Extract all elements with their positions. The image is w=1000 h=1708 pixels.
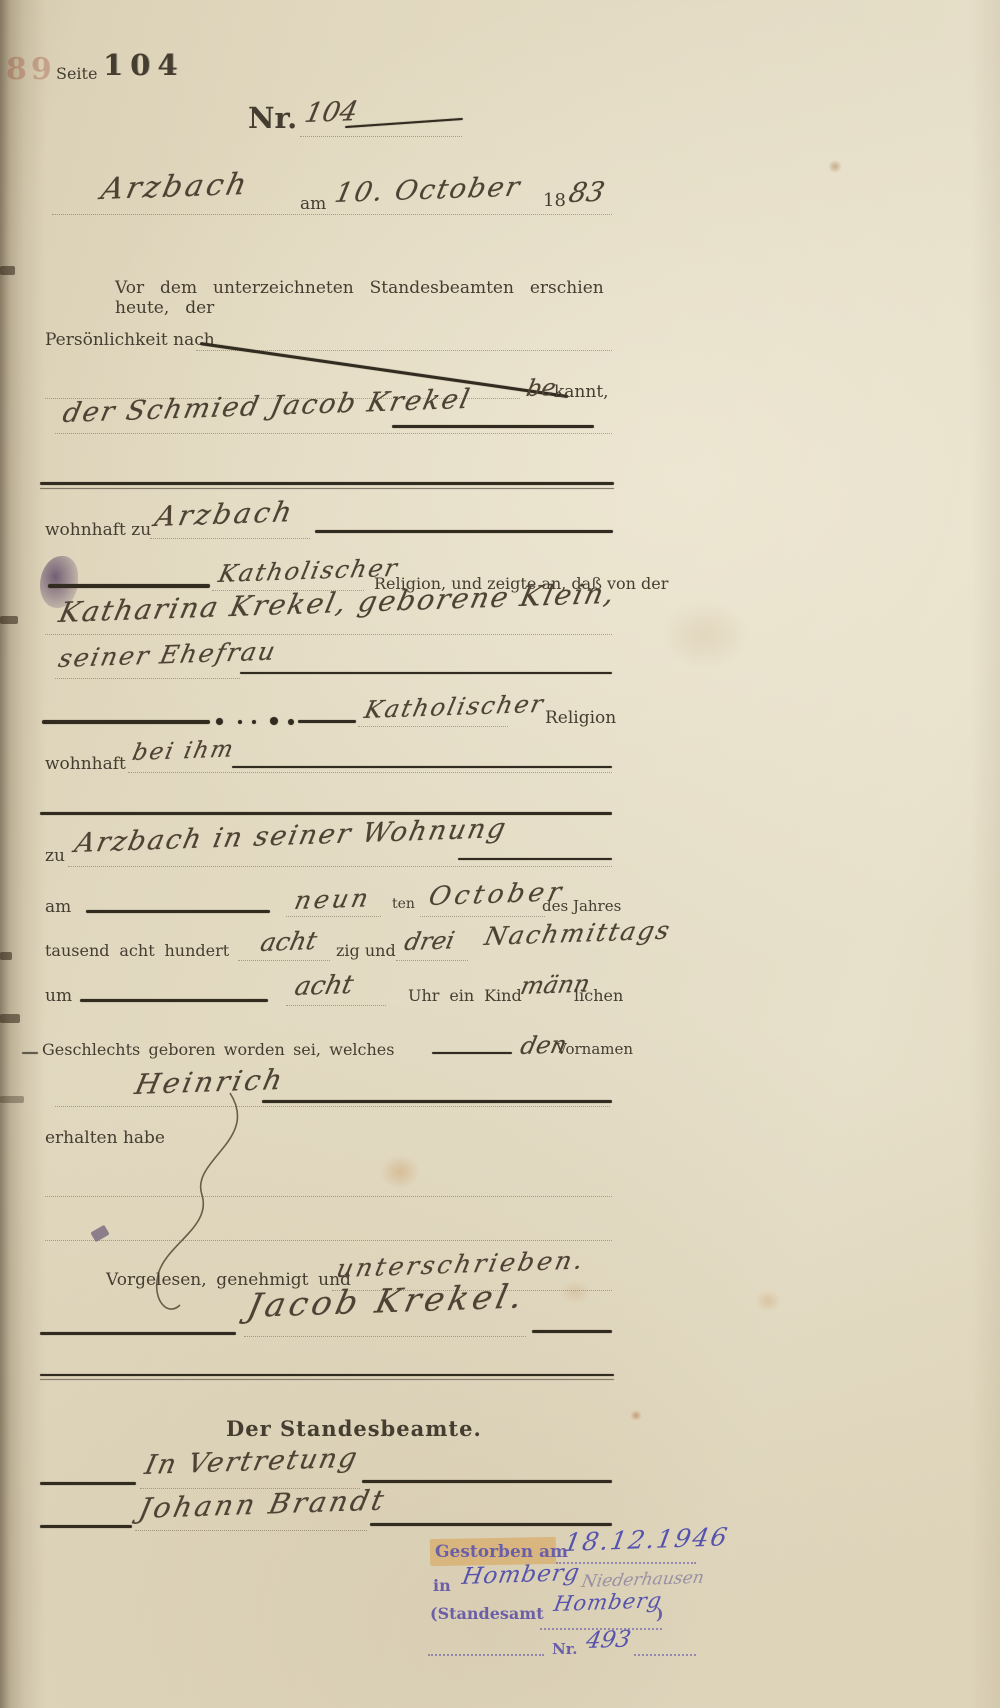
residence-value: Arzbach [152,495,298,533]
binding-mark [0,1096,24,1103]
in-stamp-label: in [433,1576,451,1595]
zu-label: zu [45,846,65,866]
declarant-name: der Schmied Jacob Krekel [60,384,474,429]
record-number-label: Nr. [248,101,297,135]
dateline-place: Arzbach [98,167,253,207]
official-signature: Johann Brandt [136,1483,390,1525]
vornamen-label: Vornamen [556,1040,633,1058]
stamp-dotted-rule [634,1654,696,1656]
dotted-rule [52,214,612,215]
dotted-rule [238,960,330,961]
uhr-ein-kind-label: Uhr ein Kind [408,986,522,1005]
dotted-rule [420,916,545,917]
ink-fill-line [232,766,612,768]
dateline-year-written: 83 [566,177,607,209]
ink-dot [288,719,294,725]
registry-document-page: 89 Seite 104 Nr. 104 Arzbach am 10. Octo… [0,0,1000,1708]
ink-fill-line [458,858,612,860]
paper-stain [560,1280,590,1304]
stamp-nr-label: Nr. [552,1640,577,1658]
vertretung-note: In Vertretung [142,1443,362,1481]
wohnhaft-label: wohnhaft [45,754,126,774]
standesamt-close-paren: ) [656,1604,664,1623]
am-label: am [45,897,71,917]
religion2-value: Katholischer [362,690,547,724]
ink-fill-line [240,672,612,674]
binding-mark [0,616,18,624]
ink-blank-line [40,1332,236,1335]
ink-blank-line [86,910,270,913]
standesbeamte-heading: Der Standesbeamte. [226,1416,482,1441]
hour-value: acht [292,970,356,1002]
dotted-rule [396,960,468,961]
dateline-am-label: am [300,194,326,214]
ink-fill-line [262,1100,612,1103]
dotted-rule [150,538,310,539]
lichen-label: lichen [574,986,623,1005]
persoenlichkeit-label: Persönlichkeit nach [45,330,215,350]
paper-stain [828,160,842,173]
dotted-rule [286,916,381,917]
margin-mark [22,1052,38,1054]
ink-dot [252,720,256,724]
dotted-rule [358,726,508,727]
ink-fill-line [370,1523,612,1526]
standesamt-place-value: Homberg [552,1588,664,1616]
death-place-value: Homberg [460,1560,582,1590]
ink-fill-line [48,584,210,588]
ink-blank-line [40,1482,136,1485]
year-unit-value: drei [402,926,457,956]
standesamt-stamp-label: (Standesamt [430,1604,544,1623]
birth-day-value: neun [292,883,374,915]
birthplace-value: Arzbach in seiner Wohnung [72,813,510,859]
dotted-rule [55,433,612,434]
ten-suffix-label: ten [392,896,415,912]
wohnhaft-zu-label: wohnhaft zu [45,520,151,540]
dateline-year-printed: 18 [543,190,566,211]
year-decade-value: acht [258,926,320,957]
ink-rule [40,1379,614,1380]
binding-mark [0,266,15,275]
ink-fill-line [315,530,613,533]
paper-stain [660,600,750,670]
paper-stain [630,1410,642,1421]
bleed-through-number: 89 [6,52,56,87]
dotted-rule [244,1336,526,1337]
ink-cancel-rule [40,812,612,815]
paper-stain [755,1290,781,1312]
page-number: 104 [103,48,185,82]
seite-label: Seite [56,64,97,83]
dotted-rule [286,1005,386,1006]
stamp-dotted-rule [428,1654,544,1656]
ink-cancel-rule [40,488,614,489]
ink-cancel-rule [40,482,614,485]
des-jahres-label: des Jahres [542,897,621,915]
binding-mark [0,952,12,960]
unterschrieben-value: unterschrieben. [334,1245,589,1283]
ink-dot [238,720,242,724]
ink-fill-line [392,425,594,428]
wohnhaft-value: bei ihm [130,736,237,766]
dateline-date: 10. October [332,172,524,209]
ink-dot [216,718,223,725]
dotted-rule [68,866,612,867]
ink-cancel-line [298,720,356,723]
ink-cancel-line [42,720,210,724]
religion2-printed: Religion [545,708,616,728]
death-date-value: 18.12.1946 [562,1522,731,1557]
daytime-value: Nachmittags [482,916,674,951]
ink-blank-line [532,1330,612,1333]
ink-fill-line [362,1480,612,1483]
binding-mark [0,1014,20,1023]
ink-stroke [345,118,463,128]
dotted-rule [45,634,612,635]
wife-relation: seiner Ehefrau [56,636,280,673]
ink-blank-line [40,1525,132,1528]
ink-rule [40,1374,614,1376]
um-label: um [45,986,72,1006]
gestorben-stamp-label: Gestorben am [435,1542,568,1562]
intro-line: Vor dem unterzeichneten Standesbeamten e… [115,278,612,318]
record-number-value: 104 [302,96,361,129]
paper-stain [380,1155,420,1189]
bekannt-printed: kannt, [554,382,609,402]
dotted-rule [300,136,462,137]
ink-squiggle [120,1085,270,1335]
dotted-rule [55,678,240,679]
tausend-label: tausend acht hundert [45,941,229,960]
stamp-nr-value: 493 [584,1626,633,1654]
ink-blank-line [80,999,268,1002]
zig-und-label: zig und [336,941,396,960]
ink-blank-line [432,1052,512,1054]
geschlechts-label: Geschlechts geboren worden sei, welches [42,1040,394,1059]
ink-dot [270,717,278,725]
dotted-rule [135,1530,367,1531]
dotted-rule [128,772,612,773]
